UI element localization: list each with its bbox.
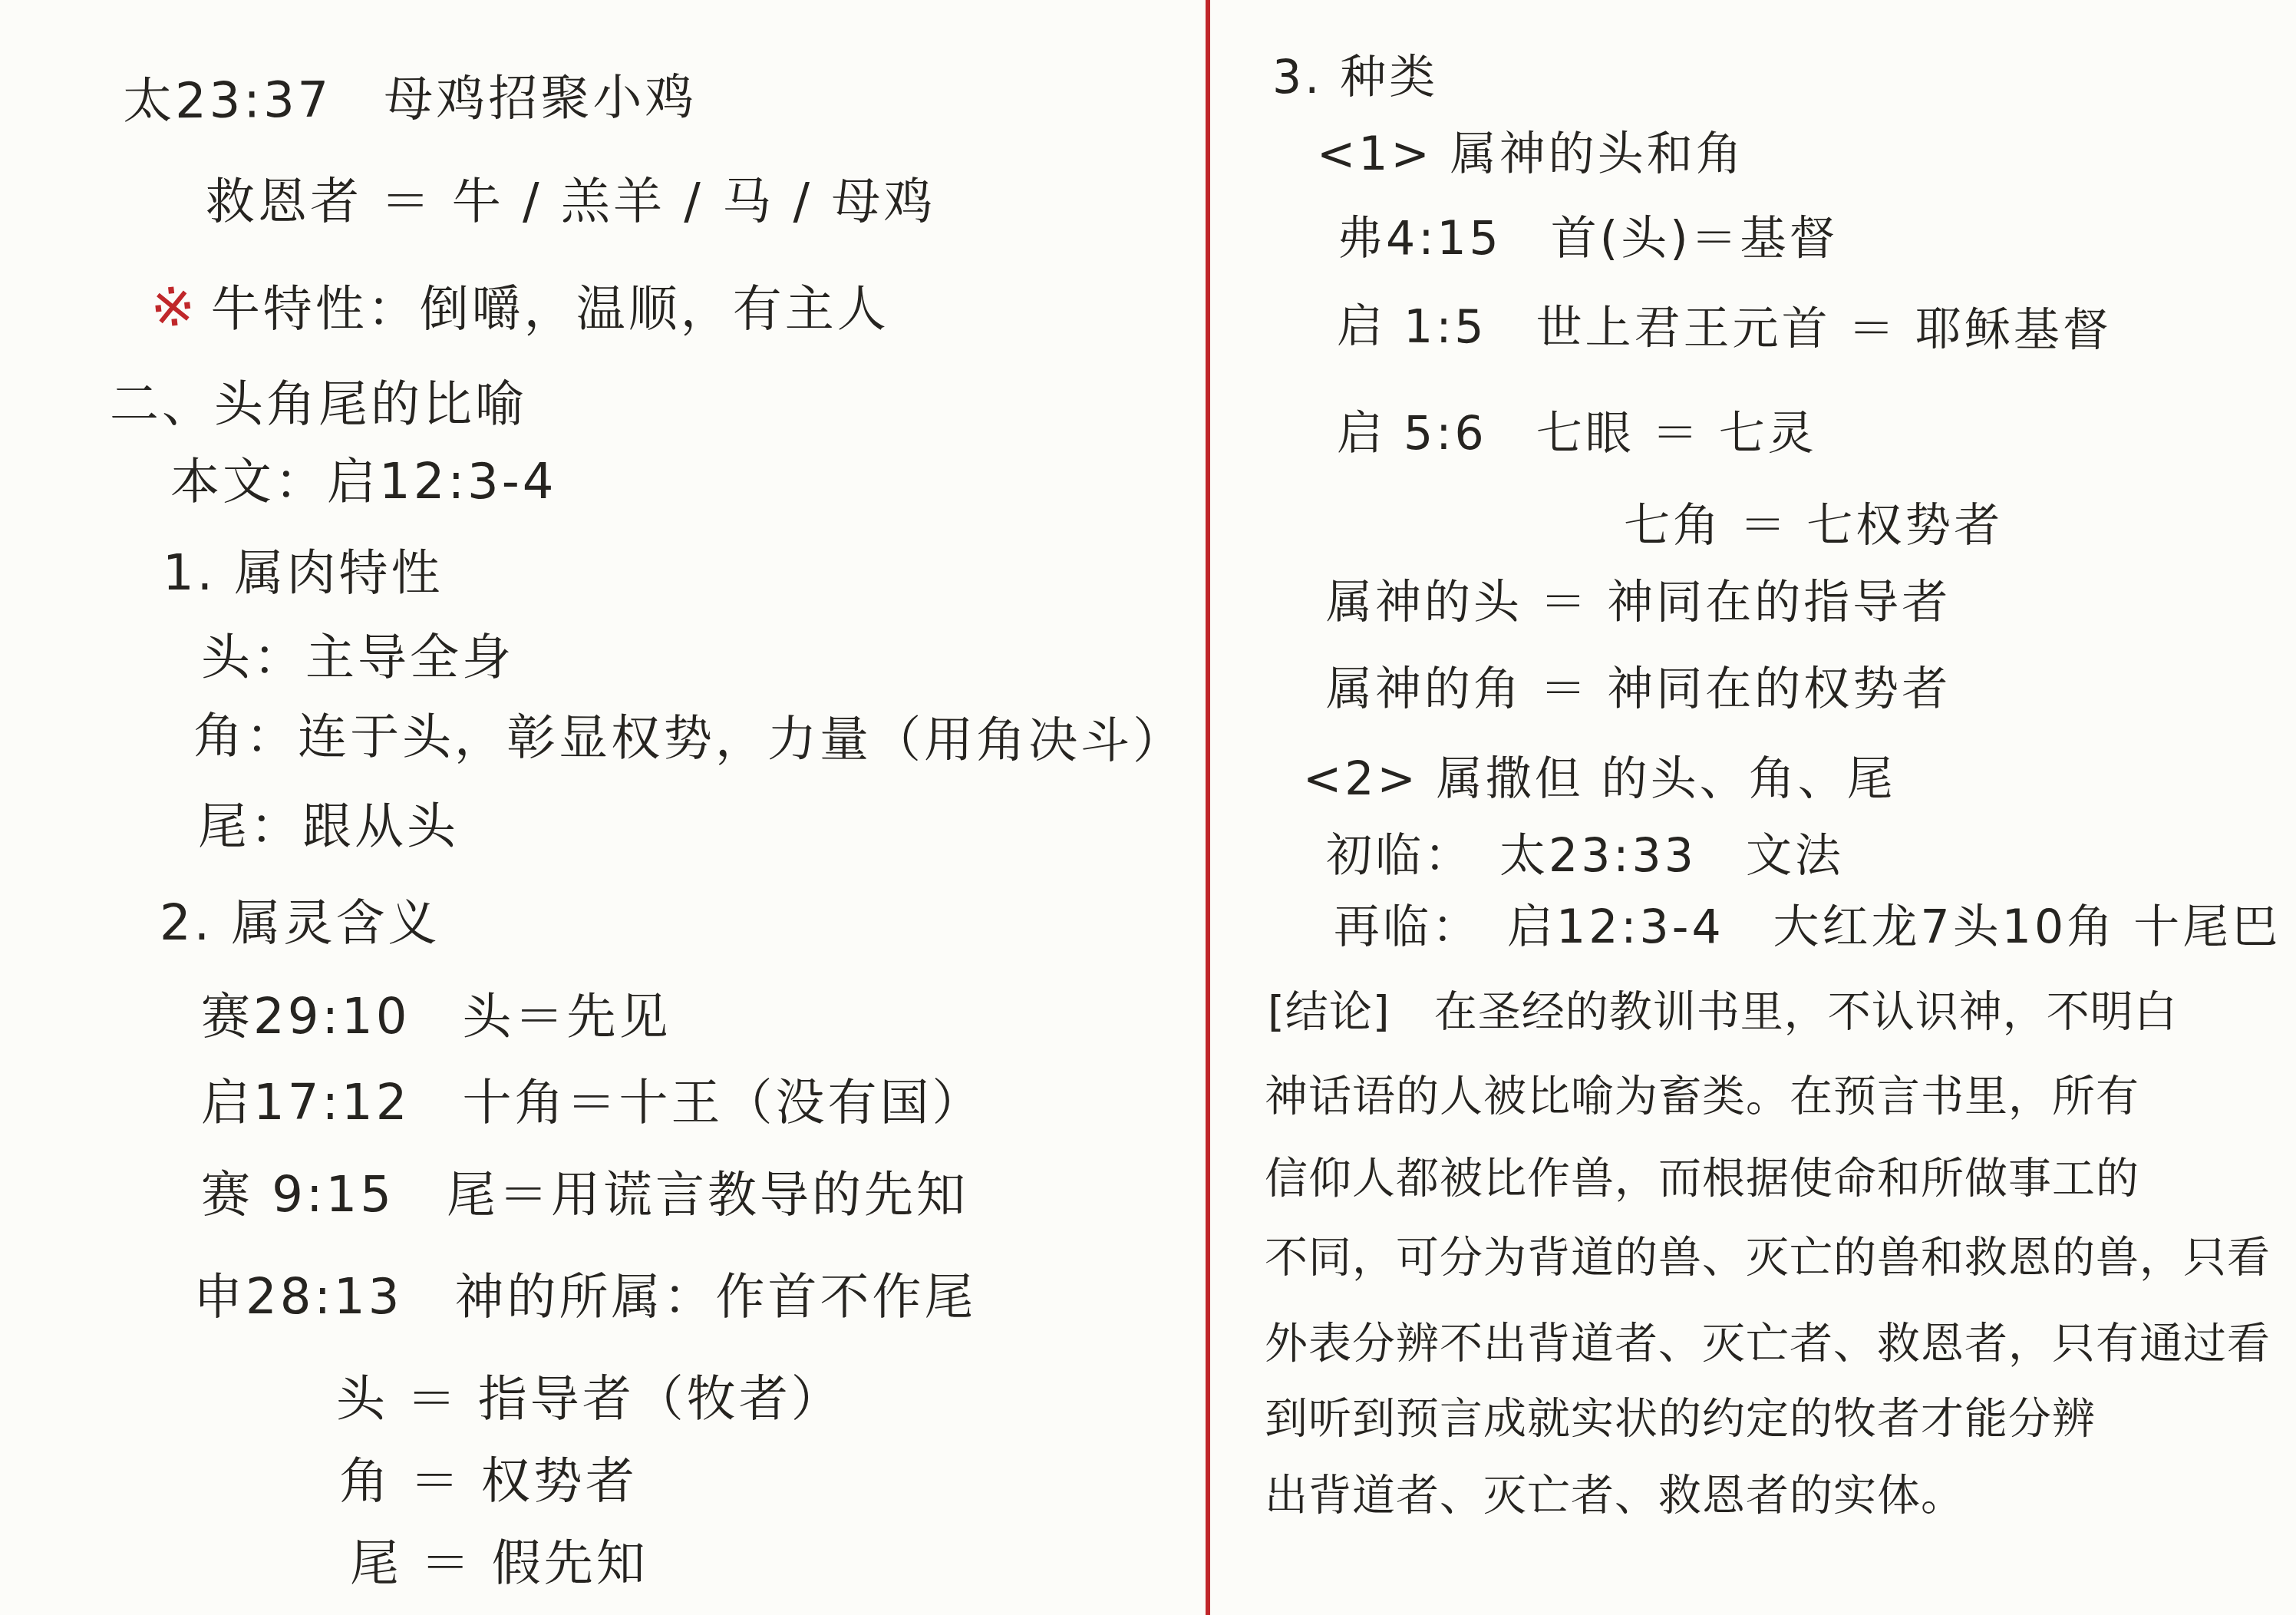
- conclusion-line: 不同，可分为背道的兽、灭亡的兽和救恩的兽，只看: [1265, 1234, 2271, 1282]
- conclusion-line: 信仰人都被比作兽，而根据使命和所做事工的: [1265, 1155, 2139, 1203]
- verse-line: 弗4:15 首(头)＝基督: [1337, 213, 1839, 264]
- verse-line: 七角 ＝ 七权势者: [1624, 500, 2003, 551]
- note-line: 属神的角 ＝ 神同在的权势者: [1326, 664, 1951, 715]
- conclusion-line: [结论] 在圣经的教训书里，不认识神，不明白: [1268, 989, 2178, 1036]
- verse-line: 启 1:5 世上君王元首 ＝ 耶稣基督: [1337, 301, 2112, 355]
- conclusion-line: 出背道者、灭亡者、救恩者的实体。: [1265, 1472, 1964, 1520]
- note-line: 属神的头 ＝ 神同在的指导者: [1326, 577, 1951, 628]
- section-heading: 3. 种类: [1272, 52, 1438, 103]
- verse-line: 初临： 太23:33 文法: [1326, 831, 1844, 881]
- conclusion-line: 到听到预言成就实状的约定的牧者才能分辨: [1265, 1395, 2096, 1443]
- scanned-notes-page: { "document": { "kind": "handwritten-bib…: [0, 0, 2296, 1615]
- conclusion-line: 神话语的人被比喻为畜类。在预言书里，所有: [1265, 1073, 2139, 1121]
- subsection-heading: <2> 属撒但 的头、角、尾: [1303, 754, 1896, 804]
- subsection-heading: <1> 属神的头和角: [1317, 129, 1745, 180]
- verse-line: 启 5:6 七眼 ＝ 七灵: [1337, 408, 1817, 459]
- verse-line: 再临： 启12:3-4 大红龙7头10角 十尾巴: [1334, 902, 2281, 953]
- right-page: 3. 种类 <1> 属神的头和角 弗4:15 首(头)＝基督 启 1:5 世上君…: [0, 0, 2296, 1615]
- conclusion-line: 外表分辨不出背道者、灭亡者、救恩者，只有通过看: [1265, 1320, 2271, 1368]
